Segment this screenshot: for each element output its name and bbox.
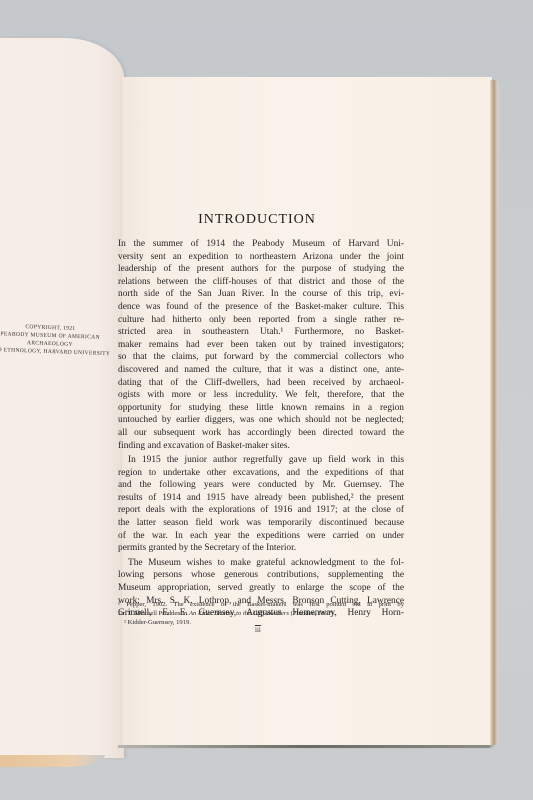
bottom-page-edge <box>118 745 490 748</box>
text-line: dence was found of the presence of the B… <box>118 301 404 314</box>
text-line: versity sent an expedition to northeaste… <box>118 251 404 264</box>
footnote-text: (Prudden, 1897). <box>289 610 335 617</box>
text-line: north side of the San Juan River. In the… <box>118 288 404 301</box>
paragraph-1: In the summer of 1914 the Peabody Museum… <box>118 238 404 452</box>
text-line: all our subsequent work has accordingly … <box>118 427 404 440</box>
text-line: maker remains had ever been taken out by… <box>118 339 404 352</box>
text-line: discovered and named the culture, that i… <box>118 364 404 377</box>
footnote-1: ¹ Pepper, 1902. The existence of the Bas… <box>118 600 404 609</box>
left-page: COPYRIGHT, 1921 PEABODY MUSEUM OF AMERIC… <box>0 38 124 758</box>
text-line: Museum appropriation, served greatly to … <box>118 582 404 595</box>
text-line: dating that of the Cliff-dwellers, had b… <box>118 377 404 390</box>
text-line: results of 1914 and 1915 have already be… <box>118 492 404 505</box>
text-line: leadership of the present authors for th… <box>118 263 404 276</box>
page-number: iii <box>255 626 261 634</box>
text-line: culture had hitherto only been reported … <box>118 314 404 327</box>
chapter-title: INTRODUCTION <box>122 212 392 228</box>
text-line: region to undertake other excavations, a… <box>118 467 404 480</box>
text-line: In 1915 the junior author regretfully ga… <box>118 454 404 467</box>
paragraph-2: In 1915 the junior author regretfully ga… <box>118 454 404 555</box>
text-line: of the war. In each year the expeditions… <box>118 530 404 543</box>
text-line: report deals with the explorations of 19… <box>118 504 404 517</box>
right-page-edge <box>490 80 500 745</box>
text-line: stricted area in southeastern Utah.¹ Fur… <box>118 326 404 339</box>
text-line: untouched by earlier diggers, was one wh… <box>118 414 404 427</box>
text-line: permits granted by the Secretary of the … <box>118 542 404 555</box>
text-line: In the summer of 1914 the Peabody Museum… <box>118 238 404 251</box>
footnotes: ¹ Pepper, 1902. The existence of the Bas… <box>118 600 404 627</box>
text-line: The Museum wishes to make grateful ackno… <box>118 557 404 570</box>
text-line: and the following years were conducted b… <box>118 479 404 492</box>
text-line: lowing persons whose generous contributi… <box>118 569 404 582</box>
footnote-1-continued: Dr. T. Mitchell Prudden in An Elder Brot… <box>118 609 404 618</box>
footnote-book-title: An Elder Brother to the Cliff-dwellers <box>189 610 289 617</box>
text-line: so that the claims, put forward by the c… <box>118 351 404 364</box>
text-line: opportunity for studying these little kn… <box>118 402 404 415</box>
footnote-text: Dr. T. Mitchell Prudden in <box>118 610 189 617</box>
footnote-2: ² Kidder-Guernsey, 1919. <box>118 618 404 627</box>
text-line: relations between the cliff-houses of th… <box>118 276 404 289</box>
text-line: ogists with more or less incredulity. We… <box>118 389 404 402</box>
text-line: the latter season field work was tempora… <box>118 517 404 530</box>
text-line: finding and excavation of Basket-maker s… <box>118 440 404 453</box>
copyright-notice: COPYRIGHT, 1921 PEABODY MUSEUM OF AMERIC… <box>0 322 121 359</box>
body-text: In the summer of 1914 the Peabody Museum… <box>118 238 404 620</box>
